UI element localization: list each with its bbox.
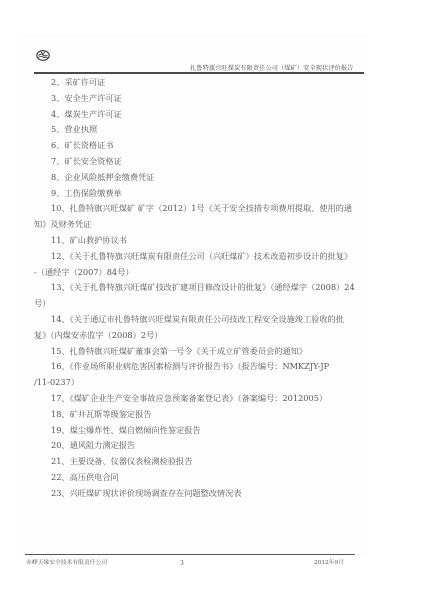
list-item-text: 17、《煤矿企业生产安全事故应急预案备案登记表》（备案编号：2012005） xyxy=(34,393,327,403)
list-item-text: 16、《作业场所职业病危害因素检测与评价报告书》（报告编号：NMKZJY-JP xyxy=(34,361,329,371)
list-item: 13、《关于扎鲁特旗兴旺煤矿技改扩建项目修改设计的批复》（通经煤字（2008）2… xyxy=(34,280,370,312)
list-item: 7、矿长安全资格证 xyxy=(34,154,370,170)
company-logo-icon xyxy=(36,46,50,57)
list-item-text: 21、主要设备、仪器仪表检测检验报告 xyxy=(34,456,192,466)
list-item-text: 10、扎鲁特旗兴旺煤矿 矿字（2012）1号《关于安全技措专项费用提取、使用的通 xyxy=(34,203,352,213)
list-item-text: 13、《关于扎鲁特旗兴旺煤矿技改扩建项目修改设计的批复》（通经煤字（2008）2… xyxy=(34,282,355,292)
list-item-text: 7、矿长安全资格证 xyxy=(34,156,122,166)
list-item-text: 4、煤炭生产许可证 xyxy=(34,109,122,119)
list-item-text: 20、通风阻力测定报告 xyxy=(34,440,135,450)
list-item: 15、扎鲁特旗兴旺煤矿董事会第一号令《关于成立矿管委员会的通知》 xyxy=(34,344,370,360)
list-item-text: 2、采矿许可证 xyxy=(34,77,105,87)
list-item: 14、《关于通辽市扎鲁特旗兴旺煤炭有限责任公司技改工程安全设施竣工验收的批复》（… xyxy=(34,312,370,344)
list-item: 18、矿井瓦斯等级鉴定报告 xyxy=(34,407,370,423)
list-item-continuation: 复》（内煤安赤监字（2008）2号） xyxy=(34,328,370,344)
list-item: 20、通风阻力测定报告 xyxy=(34,438,370,454)
list-item: 10、扎鲁特旗兴旺煤矿 矿字（2012）1号《关于安全技措专项费用提取、使用的通… xyxy=(34,201,370,233)
list-item-text: 19、煤尘爆炸性、煤自燃倾向性鉴定报告 xyxy=(34,425,201,435)
list-item: 2、采矿许可证 xyxy=(34,75,370,91)
list-item: 6、矿长资格证书 xyxy=(34,138,370,154)
list-item: 3、安全生产许可证 xyxy=(34,91,370,107)
header-divider xyxy=(34,72,364,74)
list-item-text: 3、安全生产许可证 xyxy=(34,93,122,103)
list-item: 23、兴旺煤矿现状评价现场调查存在问题整改情况表 xyxy=(34,486,370,502)
attachment-list: 2、采矿许可证3、安全生产许可证4、煤炭生产许可证5、营业执照6、矿长资格证书7… xyxy=(34,75,370,502)
list-item-text: 6、矿长资格证书 xyxy=(34,140,114,150)
list-item: 17、《煤矿企业生产安全事故应急预案备案登记表》（备案编号：2012005） xyxy=(34,391,370,407)
list-item: 19、煤尘爆炸性、煤自燃倾向性鉴定报告 xyxy=(34,423,370,439)
list-item-text: 12、《关于扎鲁特旗兴旺煤炭有限责任公司（兴旺煤矿）技术改造初步设计的批复》 xyxy=(34,251,352,261)
list-item-continuation: -（通经字（2007）84号） xyxy=(34,265,370,281)
list-item: 11、矿山救护协议书 xyxy=(34,233,370,249)
list-item-text: 18、矿井瓦斯等级鉴定报告 xyxy=(34,409,151,419)
list-item: 16、《作业场所职业病危害因素检测与评价报告书》（报告编号：NMKZJY-JP/… xyxy=(34,359,370,391)
list-item: 22、高压供电合同 xyxy=(34,470,370,486)
list-item: 9、工伤保险缴费单 xyxy=(34,186,370,202)
list-item-text: 8、企业风险抵押金缴费凭证 xyxy=(34,172,154,182)
report-header-title: 扎鲁特旗兴旺煤炭有限责任公司（煤矿）安全现状评价报告 xyxy=(190,63,353,72)
list-item-text: 14、《关于通辽市扎鲁特旗兴旺煤炭有限责任公司技改工程安全设施竣工验收的批 xyxy=(34,314,344,324)
list-item-text: 9、工伤保险缴费单 xyxy=(34,188,122,198)
page-number: 3 xyxy=(180,560,184,567)
list-item-text: 15、扎鲁特旗兴旺煤矿董事会第一号令《关于成立矿管委员会的通知》 xyxy=(34,346,307,356)
list-item: 21、主要设备、仪器仪表检测检验报告 xyxy=(34,454,370,470)
footer-company: 赤峰天缘安全技术有限责任公司 xyxy=(26,557,107,566)
list-item: 12、《关于扎鲁特旗兴旺煤炭有限责任公司（兴旺煤矿）技术改造初步设计的批复》-（… xyxy=(34,249,370,281)
list-item: 4、煤炭生产许可证 xyxy=(34,107,370,123)
list-item: 8、企业风险抵押金缴费凭证 xyxy=(34,170,370,186)
list-item-continuation: /11-0237） xyxy=(34,375,370,391)
list-item-continuation: 号） xyxy=(34,296,370,312)
list-item-text: 11、矿山救护协议书 xyxy=(34,235,127,245)
list-item-continuation: 知》及财务凭证 xyxy=(34,217,370,233)
list-item-text: 5、营业执照 xyxy=(34,124,97,134)
list-item: 5、营业执照 xyxy=(34,122,370,138)
list-item-text: 23、兴旺煤矿现状评价现场调查存在问题整改情况表 xyxy=(34,488,242,498)
footer-divider xyxy=(25,554,355,555)
footer-date: 2012年9月 xyxy=(314,557,344,566)
list-item-text: 22、高压供电合同 xyxy=(34,472,119,482)
